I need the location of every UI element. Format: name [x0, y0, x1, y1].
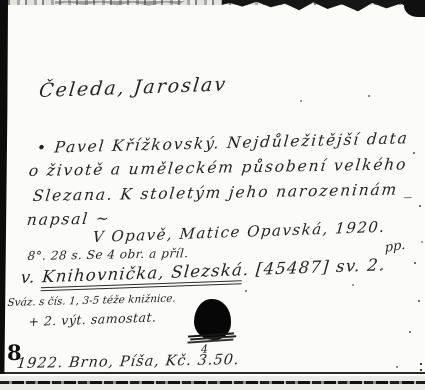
pagination-note: pp. [385, 238, 406, 256]
catalog-card-scan: Čeleda, Jaroslav • Pavel Křížkovský. Nej… [0, 0, 425, 390]
collation-line: 8°. 28 s. Se 4 obr. a příl. [27, 246, 189, 263]
series-prefix: v. [20, 267, 43, 287]
scan-edge-bottom [0, 381, 425, 384]
entry-line-4: napsal ~ [26, 210, 112, 229]
